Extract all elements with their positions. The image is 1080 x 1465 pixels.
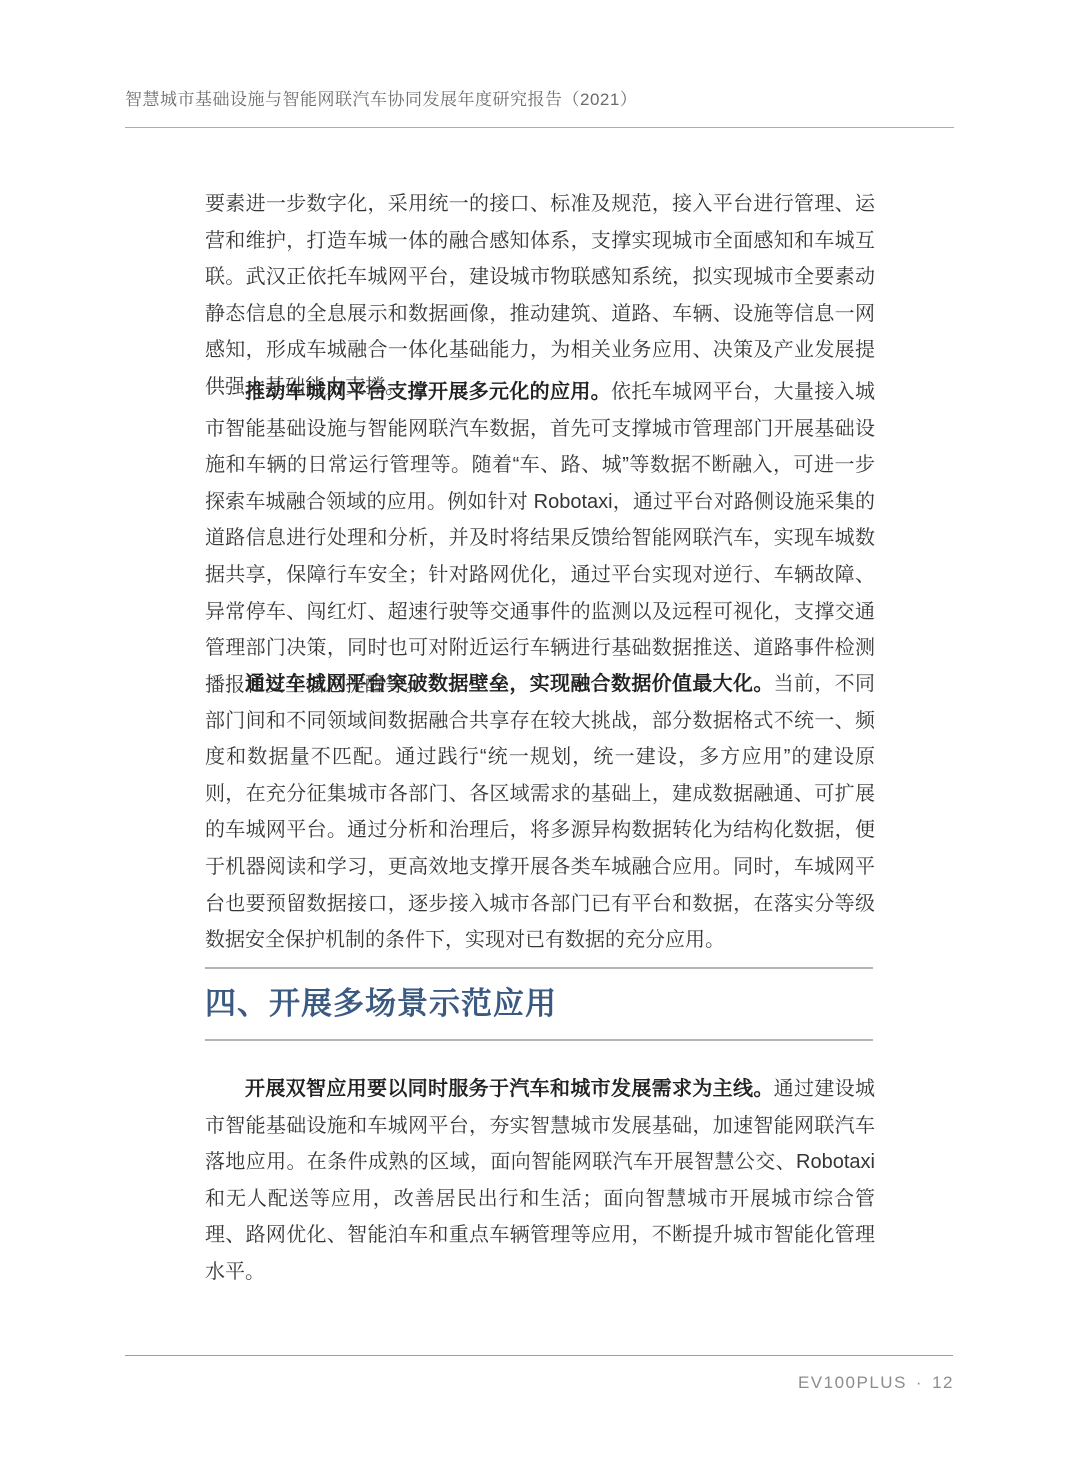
- page-footer: EV100PLUS · 12: [798, 1372, 954, 1394]
- paragraph-lead-sentence: 推动车城网平台支撑开展多元化的应用。: [245, 381, 611, 403]
- section-heading: 四、开展多场景示范应用: [205, 984, 873, 1024]
- footer-brand: EV100PLUS: [798, 1372, 907, 1394]
- section-divider-bottom: [205, 1039, 873, 1041]
- footer-separator-dot: ·: [916, 1372, 923, 1394]
- paragraph-demonstration-applications: 开展双智应用要以同时服务于汽车和城市发展需求为主线。通过建设城市智能基础设施和车…: [205, 1071, 875, 1291]
- report-page: 智慧城市基础设施与智能网联汽车协同发展年度研究报告（2021） 要素进一步数字化…: [0, 0, 1080, 1465]
- paragraph-lead-sentence: 开展双智应用要以同时服务于汽车和城市发展需求为主线。: [245, 1078, 774, 1100]
- running-header-title: 智慧城市基础设施与智能网联汽车协同发展年度研究报告（2021）: [125, 88, 955, 112]
- paragraph-continued: 要素进一步数字化，采用统一的接口、标准及规范，接入平台进行管理、运营和维护，打造…: [205, 186, 875, 406]
- paragraph-body-text: 当前，不同部门间和不同领域间数据融合共享存在较大挑战，部分数据格式不统一、频度和…: [205, 673, 875, 951]
- paragraph-body-text: 通过建设城市智能基础设施和车城网平台，夯实智慧城市发展基础，加速智能网联汽车落地…: [205, 1078, 875, 1283]
- section-divider-top: [205, 967, 873, 969]
- paragraph-data-barriers: 通过车城网平台突破数据壁垒，实现融合数据价值最大化。当前，不同部门间和不同领域间…: [205, 666, 875, 959]
- footer-divider: [125, 1355, 953, 1356]
- header-divider: [125, 127, 954, 128]
- footer-page-number: 12: [932, 1372, 954, 1394]
- paragraph-body-text: 依托车城网平台，大量接入城市智能基础设施与智能网联汽车数据，首先可支撑城市管理部…: [205, 381, 875, 696]
- paragraph-lead-sentence: 通过车城网平台突破数据壁垒，实现融合数据价值最大化。: [245, 673, 774, 695]
- paragraph-platform-applications: 推动车城网平台支撑开展多元化的应用。依托车城网平台，大量接入城市智能基础设施与智…: [205, 374, 875, 703]
